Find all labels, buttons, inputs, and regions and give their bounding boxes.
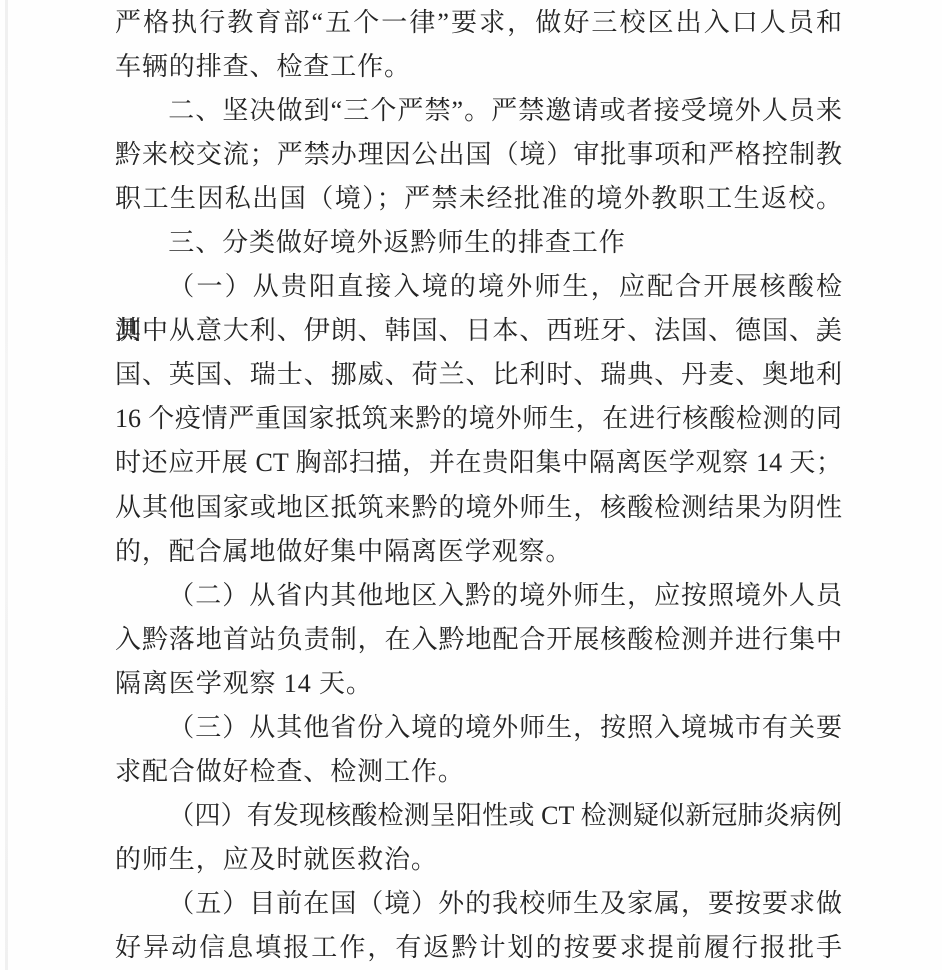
text-line: （一）从贵阳直接入境的境外师生，应配合开展核酸检测。 bbox=[115, 265, 842, 309]
text-line: 的，配合属地做好集中隔离医学观察。 bbox=[115, 530, 842, 574]
text-line: 严格执行教育部“五个一律”要求，做好三校区出入口人员和 bbox=[115, 1, 842, 45]
document-text-block: 严格执行教育部“五个一律”要求，做好三校区出入口人员和车辆的排查、检查工作。二、… bbox=[115, 1, 842, 970]
text-line: 隔离医学观察 14 天。 bbox=[115, 662, 842, 706]
text-line: （四）有发现核酸检测呈阳性或 CT 检测疑似新冠肺炎病例 bbox=[115, 794, 842, 838]
text-line: 二、坚决做到“三个严禁”。严禁邀请或者接受境外人员来 bbox=[115, 89, 842, 133]
document-page: 严格执行教育部“五个一律”要求，做好三校区出入口人员和车辆的排查、检查工作。二、… bbox=[0, 0, 942, 970]
text-line: 的师生，应及时就医救治。 bbox=[115, 838, 842, 882]
text-line: 国、英国、瑞士、挪威、荷兰、比利时、瑞典、丹麦、奥地利 bbox=[115, 353, 842, 397]
text-line: 入黔落地首站负责制，在入黔地配合开展核酸检测并进行集中 bbox=[115, 618, 842, 662]
scan-edge-artifact bbox=[5, 0, 8, 970]
text-line: 从其他国家或地区抵筑来黔的境外师生，核酸检测结果为阴性 bbox=[115, 486, 842, 530]
text-line: 黔来校交流；严禁办理因公出国（境）审批事项和严格控制教 bbox=[115, 133, 842, 177]
text-line: 求配合做好检查、检测工作。 bbox=[115, 750, 842, 794]
text-line: （五）目前在国（境）外的我校师生及家属，要按要求做 bbox=[115, 882, 842, 926]
text-line: 职工生因私出国（境）；严禁未经批准的境外教职工生返校。 bbox=[115, 177, 842, 221]
text-line: 三、分类做好境外返黔师生的排查工作 bbox=[115, 221, 842, 265]
text-line: 时还应开展 CT 胸部扫描，并在贵阳集中隔离医学观察 14 天； bbox=[115, 441, 842, 485]
text-line: 车辆的排查、检查工作。 bbox=[115, 45, 842, 89]
text-line: （三）从其他省份入境的境外师生，按照入境城市有关要 bbox=[115, 706, 842, 750]
text-line: 其中从意大利、伊朗、韩国、日本、西班牙、法国、德国、美 bbox=[115, 309, 842, 353]
text-line: 16 个疫情严重国家抵筑来黔的境外师生，在进行核酸检测的同 bbox=[115, 397, 842, 441]
text-line: 好异动信息填报工作，有返黔计划的按要求提前履行报批手续。 bbox=[115, 926, 842, 970]
text-line: （二）从省内其他地区入黔的境外师生，应按照境外人员 bbox=[115, 574, 842, 618]
